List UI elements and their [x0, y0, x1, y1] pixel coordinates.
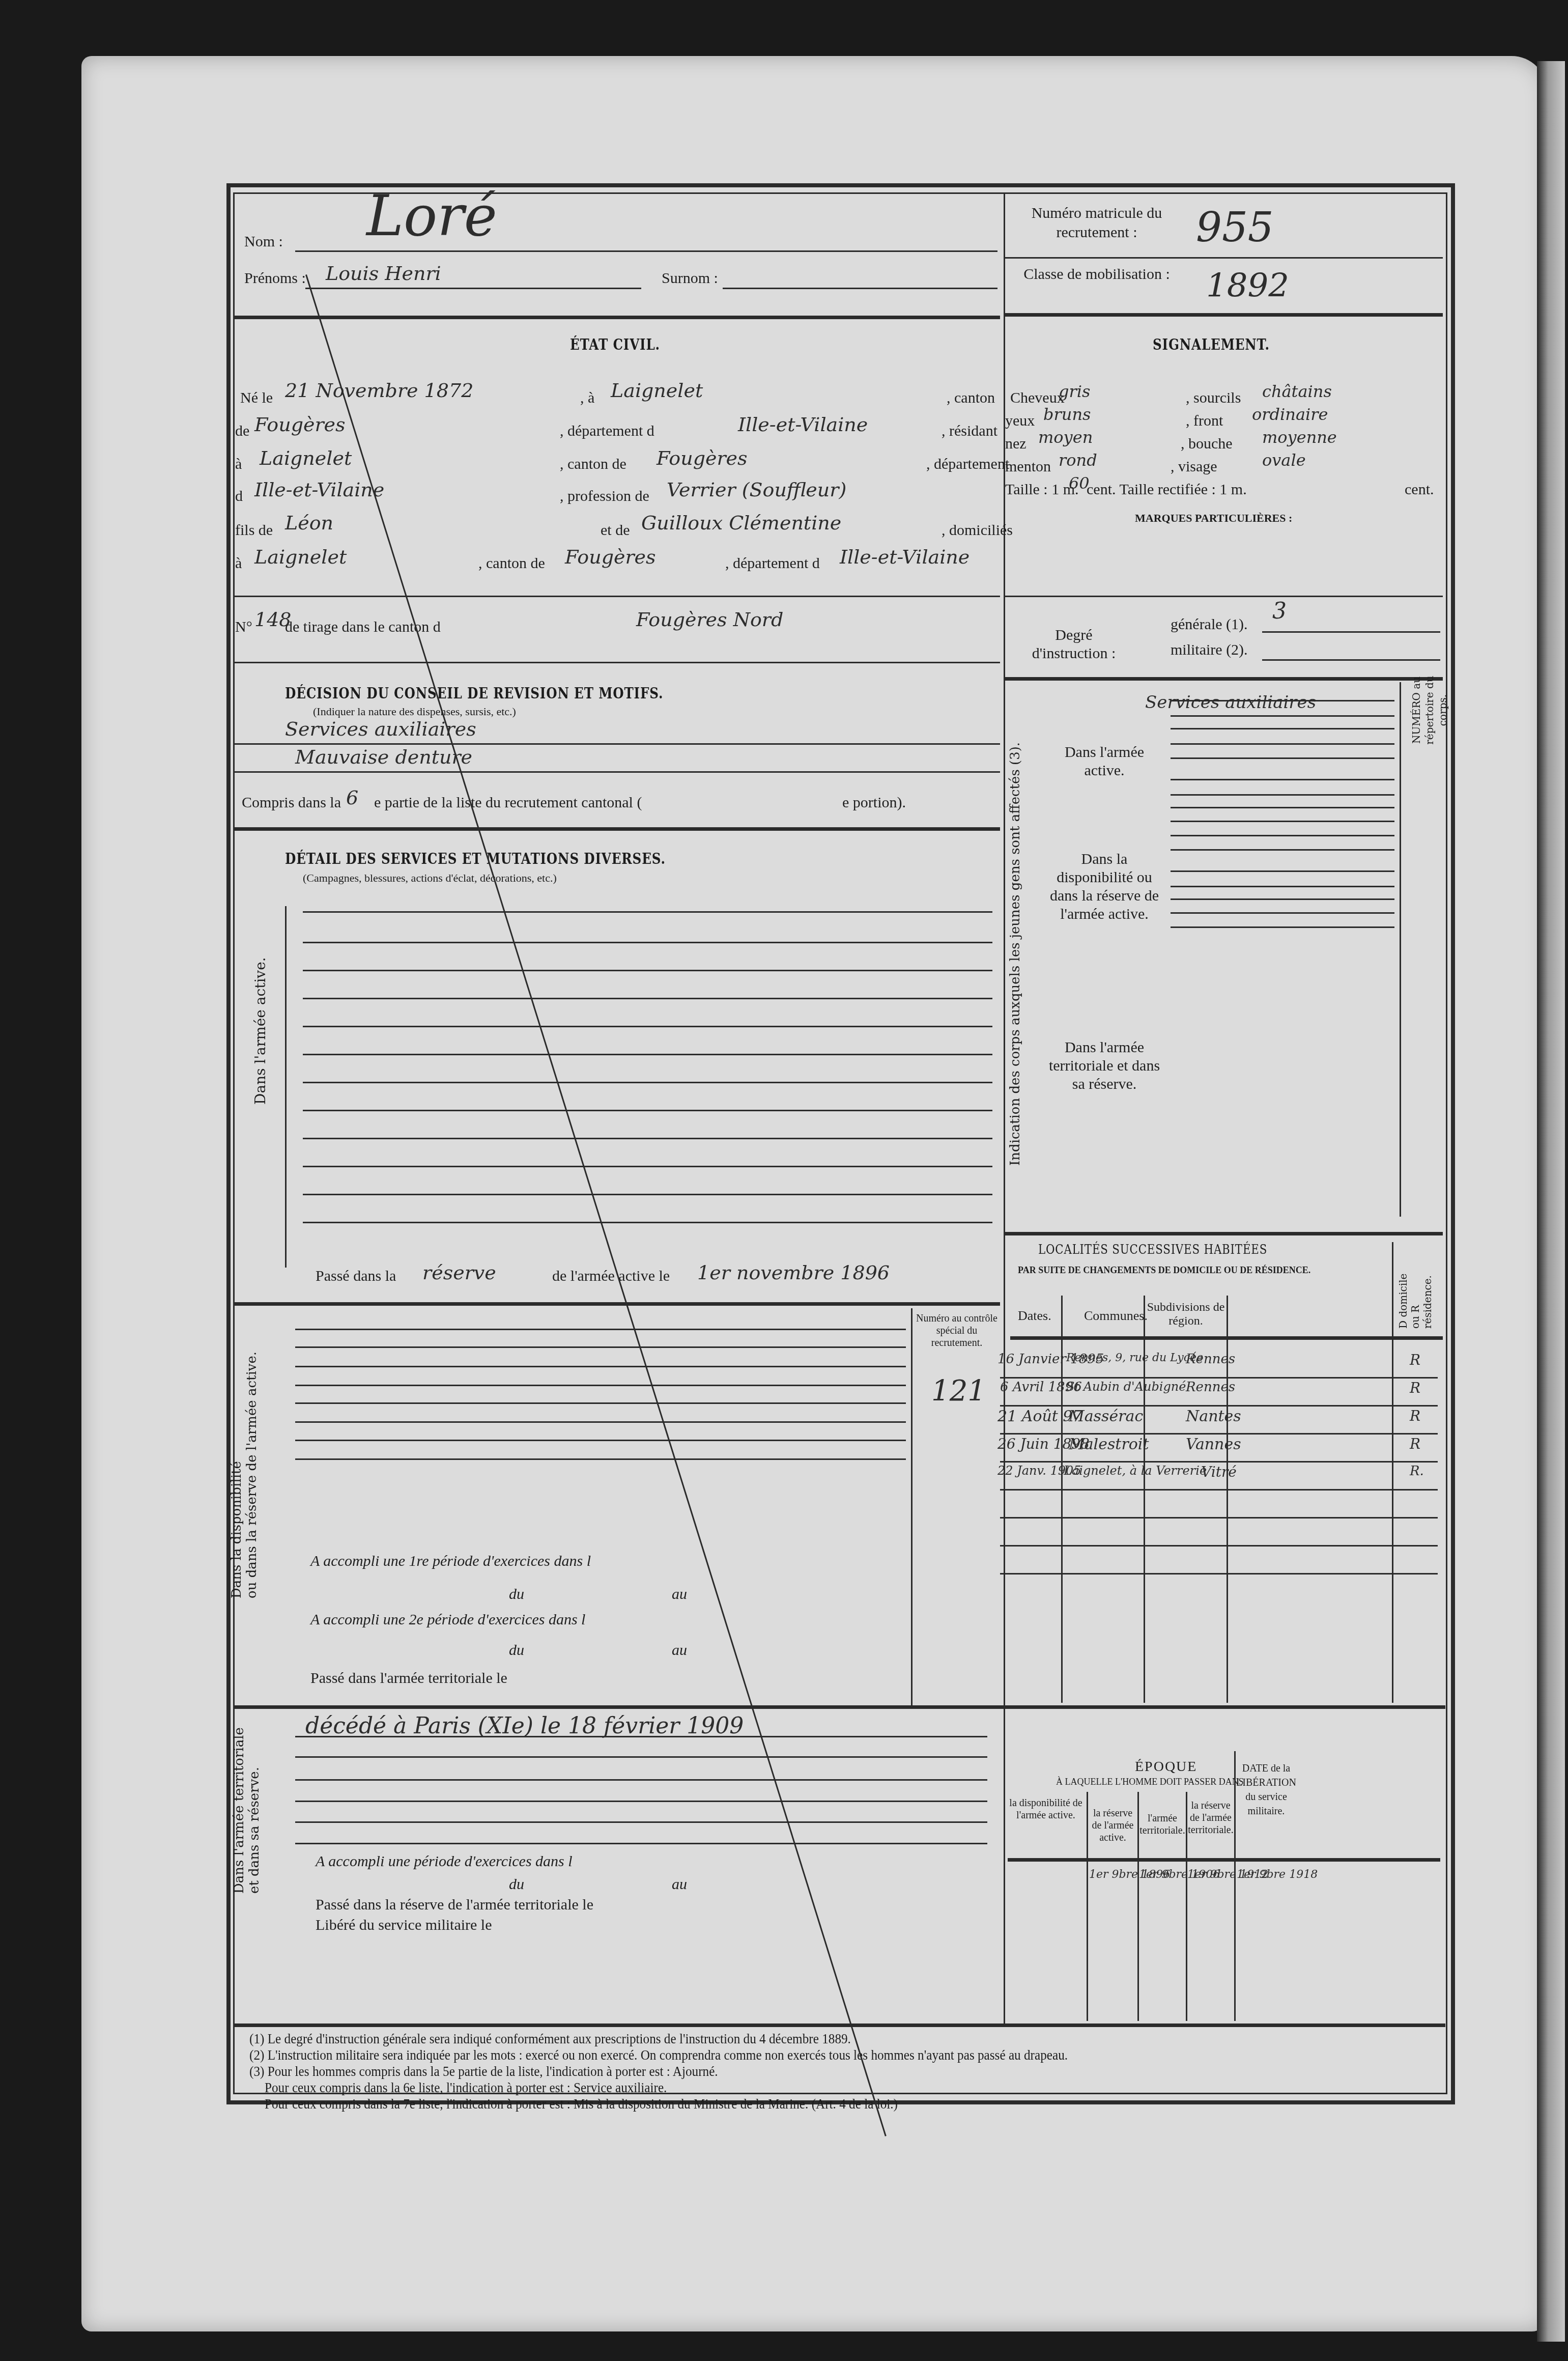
libere-label: Libéré du service militaire le	[316, 1917, 492, 1934]
au-label: au	[672, 1642, 687, 1659]
birth-departement: Ille-et-Vilaine	[738, 413, 868, 436]
corps-line	[1171, 779, 1394, 780]
service-line	[303, 1166, 992, 1167]
adjacent-page-edge	[1537, 61, 1565, 2342]
bouche-value: moyenne	[1262, 428, 1337, 447]
service-line	[303, 911, 992, 913]
compris-label: Compris dans la	[242, 794, 341, 811]
loc-row4-dr: R	[1410, 1436, 1420, 1452]
taille-label: Taille : 1 m.	[1005, 481, 1079, 498]
service-line	[303, 1054, 992, 1055]
etat-civil-title: ÉTAT CIVIL.	[570, 336, 660, 354]
dispo-line	[295, 1329, 906, 1330]
divider	[1005, 1232, 1443, 1235]
side-label-dispo: Dans la disponibilitéou dans la réserve …	[229, 1352, 260, 1598]
side-dispo-line1: Dans la disponibilité	[229, 1461, 244, 1598]
passe-value: réserve	[422, 1261, 496, 1284]
corps-line	[1171, 835, 1394, 836]
loc-row-line	[1000, 1573, 1438, 1575]
loc-row5-subdivision: Vitré	[1201, 1464, 1237, 1480]
divider	[234, 1705, 1445, 1709]
birth-date: 21 Novembre 1872	[285, 379, 473, 402]
loc-row2-commune: St Aubin d'Aubigné	[1066, 1380, 1186, 1394]
militaire-label: militaire (2).	[1171, 641, 1248, 659]
service-line	[303, 1110, 992, 1111]
divider	[234, 1302, 1000, 1306]
divider	[1010, 1336, 1443, 1340]
militaire-line	[1262, 659, 1440, 661]
yeux-label: yeux	[1005, 412, 1035, 430]
terr-line	[295, 1821, 987, 1823]
taille-rect-cent: cent.	[1405, 481, 1434, 498]
corps-line	[1171, 849, 1394, 851]
corps-line	[1171, 821, 1394, 822]
nez-label: nez	[1005, 435, 1027, 453]
terr-line	[295, 1756, 987, 1758]
generale-value: 3	[1272, 598, 1287, 624]
a-label: , à	[580, 389, 594, 407]
numero-controle-divider	[911, 1308, 913, 1705]
passe-terr-label: Passé dans l'armée territoriale le	[310, 1670, 507, 1687]
matricule-label: Numéro matricule du recrutement :	[1010, 204, 1183, 242]
terr-line	[295, 1843, 987, 1844]
divider	[234, 2023, 1445, 2027]
epoque-col-reserve-terr: la réserve de l'armée territoriale.	[1187, 1800, 1234, 1836]
loc-row4-commune: Malestroit	[1069, 1436, 1149, 1453]
loc-row2-dr: R	[1410, 1380, 1420, 1396]
loc-row2-subdivision: Rennes	[1186, 1380, 1235, 1395]
services-title: DÉTAIL DES SERVICES ET MUTATIONS DIVERSE…	[285, 850, 666, 868]
nom-line	[295, 250, 997, 252]
corps-line	[1171, 912, 1394, 914]
passe-label: Passé dans la	[316, 1268, 396, 1285]
au-label: au	[672, 1876, 687, 1893]
corps-line	[1171, 757, 1394, 759]
corps-line	[1171, 898, 1394, 900]
loc-row-line	[1000, 1489, 1438, 1491]
service-line	[303, 1138, 992, 1139]
service-line	[303, 970, 992, 971]
visage-label: , visage	[1171, 458, 1217, 475]
loc-row-line	[1000, 1377, 1438, 1379]
tirage-canton: Fougères Nord	[636, 608, 783, 631]
bouche-label: , bouche	[1181, 435, 1233, 453]
compris-rest: e partie de la liste du recrutement cant…	[374, 794, 642, 811]
loc-row1-subdivision: Rennes	[1186, 1352, 1235, 1367]
divider	[234, 316, 1000, 319]
canton-label: , canton	[947, 389, 995, 407]
loc-row5-commune: Laignelet, à la Verrerie	[1064, 1464, 1207, 1478]
residant-dept-label: , département	[926, 456, 1009, 473]
side-label-active: Dans l'armée active.	[252, 957, 269, 1105]
parents-domicile: Laignelet	[254, 546, 347, 568]
residant-canton-label: , canton de	[560, 456, 626, 473]
loc-row-line	[1000, 1517, 1438, 1519]
degre-label: Degré d'instruction :	[1018, 626, 1130, 663]
residant-label: , résidant	[942, 423, 997, 440]
services-subtitle: (Campagnes, blessures, actions d'éclat, …	[303, 872, 557, 885]
epoque-col-reserve-active: la réserve de l'armée active.	[1088, 1807, 1137, 1844]
corps-line	[1171, 715, 1394, 717]
localites-title: LOCALITÉS SUCCESSIVES HABITÉES	[1038, 1242, 1267, 1257]
dom-dept-label: , département d	[725, 555, 820, 572]
periode1-label: A accompli une 1re période d'exercices d…	[310, 1553, 591, 1570]
menton-label: menton	[1005, 458, 1051, 475]
loc-row1-commune: Rennes, 9, rue du Lycée	[1066, 1352, 1203, 1364]
service-line	[303, 1082, 992, 1083]
parents-departement: Ille-et-Vilaine	[840, 546, 970, 568]
corps-active-value: Services auxiliaires	[1145, 692, 1316, 713]
side-terr-line2: et dans sa réserve.	[247, 1767, 262, 1894]
surnom-line	[723, 288, 997, 289]
divider	[1005, 677, 1443, 681]
numero-controle-value: 121	[931, 1374, 986, 1408]
service-line	[303, 1194, 992, 1195]
periode2-label: A accompli une 2e période d'exercices da…	[310, 1611, 585, 1628]
marques-label: MARQUES PARTICULIÈRES :	[1135, 512, 1292, 525]
residant-a-label: à	[235, 456, 242, 473]
service-line	[303, 942, 992, 943]
dispo-line	[295, 1366, 906, 1367]
loc-row-line	[1000, 1433, 1438, 1435]
passe-date: 1er novembre 1896	[697, 1261, 890, 1284]
residence-departement: Ille-et-Vilaine	[254, 479, 384, 501]
tirage-no-label: N°	[235, 619, 252, 636]
decision-line	[234, 743, 1000, 745]
decision-subtitle: (Indiquer la nature des dispenses, sursi…	[313, 705, 516, 718]
dispo-line	[295, 1385, 906, 1386]
corps-line	[1171, 743, 1394, 745]
front-label: , front	[1186, 412, 1223, 430]
du-label: du	[509, 1876, 524, 1893]
divider	[234, 596, 1000, 597]
corps-line	[1171, 728, 1394, 729]
dom-canton-label: , canton de	[478, 555, 545, 572]
cheveux-label: Cheveux	[1010, 389, 1065, 407]
col-divider	[1392, 1242, 1393, 1703]
birth-place: Laignelet	[611, 379, 703, 402]
prenoms-line	[305, 288, 641, 289]
corps-line	[1171, 870, 1394, 872]
du-label: du	[509, 1586, 524, 1603]
dispo-line	[295, 1458, 906, 1460]
au-label: au	[672, 1586, 687, 1603]
du-label: du	[509, 1642, 524, 1659]
col-communes: Communes.	[1084, 1308, 1148, 1324]
divider	[1005, 596, 1443, 597]
loc-row-line	[1000, 1405, 1438, 1407]
decision-title: DÉCISION DU CONSEIL DE REVISION ET MOTIF…	[285, 685, 663, 702]
terr-line	[295, 1736, 987, 1737]
service-line	[303, 998, 992, 999]
side-terr-line1: Dans l'armée territoriale	[232, 1727, 247, 1894]
corps-line	[1171, 807, 1394, 808]
loc-row1-dr: R	[1410, 1352, 1420, 1368]
numero-repertoire-label: NUMÉRO au répertoire du corps.	[1410, 672, 1449, 748]
localites-subtitle: PAR SUITE DE CHANGEMENTS DE DOMICILE OU …	[1018, 1265, 1310, 1276]
departement-label: , département d	[560, 423, 654, 440]
loc-row4-subdivision: Vannes	[1186, 1436, 1241, 1453]
decision-line	[234, 771, 1000, 773]
matricule-value: 955	[1196, 204, 1274, 251]
corps-active-label: Dans l'armée active.	[1043, 743, 1165, 780]
front-value: ordinaire	[1252, 405, 1328, 424]
dom-a-label: à	[235, 555, 242, 572]
d-label: d	[235, 488, 243, 505]
classe-label: Classe de mobilisation :	[1010, 265, 1183, 284]
footnote-3: (3) Pour les hommes compris dans la 5e p…	[249, 2064, 718, 2080]
col-dr: D domicile ou R résidence.	[1397, 1268, 1434, 1329]
periode-terr-label: A accompli une période d'exercices dans …	[316, 1853, 573, 1870]
dispo-line	[295, 1440, 906, 1441]
corps-line	[1171, 926, 1394, 928]
parents-canton: Fougères	[565, 546, 656, 568]
corps-line	[1171, 886, 1394, 887]
prenoms-label: Prénoms :	[244, 270, 306, 287]
epoque-title: ÉPOQUE	[1135, 1759, 1197, 1775]
service-line	[303, 1222, 992, 1223]
dispo-line	[295, 1402, 906, 1404]
service-line	[303, 1026, 992, 1027]
loc-row3-commune: Massérac	[1069, 1408, 1143, 1425]
mother-name: Guilloux Clémentine	[641, 512, 841, 534]
side-label-terr: Dans l'armée territorialeet dans sa rése…	[232, 1727, 262, 1894]
nom-value: Loré	[366, 183, 497, 248]
divider	[234, 827, 1000, 831]
passe-rest: de l'armée active le	[552, 1268, 670, 1285]
footnote-3c: Pour ceux compris dans la 7e liste, l'in…	[265, 2096, 898, 2113]
corps-line	[1171, 794, 1394, 796]
loc-row3-subdivision: Nantes	[1186, 1408, 1241, 1425]
et-label: et de	[601, 522, 630, 539]
bracket	[285, 906, 287, 1268]
corps-side-label: Indication des corps auxquels les jeunes…	[1008, 742, 1023, 1166]
visage-value: ovale	[1262, 451, 1306, 470]
col-subdivisions: Subdivisions de région.	[1145, 1301, 1227, 1328]
footnote-2: (2) L'instruction militaire sera indiqué…	[249, 2047, 1068, 2064]
generale-label: générale (1).	[1171, 616, 1248, 633]
col-dates: Dates.	[1018, 1308, 1051, 1324]
fils-label: fils de	[235, 522, 273, 539]
loc-row3-dr: R	[1410, 1408, 1420, 1424]
nom-label: Nom :	[244, 233, 283, 250]
ne-le-label: Né le	[240, 389, 273, 407]
terr-line	[295, 1801, 987, 1802]
yeux-value: bruns	[1043, 405, 1091, 424]
divider	[1008, 1858, 1440, 1862]
menton-value: rond	[1059, 451, 1097, 470]
cheveux-value: gris	[1059, 382, 1090, 401]
decision-line-2: Mauvaise denture	[295, 746, 472, 768]
corps-line	[1171, 700, 1394, 701]
liberation-label: DATE de la LIBÉRATION du service militai…	[1236, 1761, 1297, 1818]
nez-value: moyen	[1038, 428, 1093, 447]
compris-value: 6	[346, 786, 358, 809]
domicilies-label: , domiciliés	[942, 522, 1013, 539]
loc-row-line	[1000, 1545, 1438, 1547]
dispo-line	[295, 1421, 906, 1423]
passe-res-terr-label: Passé dans la réserve de l'armée territo…	[316, 1896, 593, 1914]
divider	[1005, 257, 1443, 259]
profession-label: , profession de	[560, 488, 649, 505]
terr-line	[295, 1779, 987, 1781]
father-name: Léon	[285, 512, 333, 534]
side-dispo-line2: ou dans la réserve de l'armée active.	[244, 1352, 260, 1598]
epoque-subtitle: À LAQUELLE L'HOMME DOIT PASSER DANS	[1056, 1777, 1244, 1787]
residence: Laignelet	[260, 447, 352, 469]
deces-note: décédé à Paris (XIe) le 18 février 1909	[305, 1713, 744, 1739]
divider	[1005, 313, 1443, 317]
birth-canton: Fougères	[254, 413, 346, 436]
divider	[234, 662, 1000, 663]
prenoms-value: Louis Henri	[326, 262, 441, 285]
epoque-col-dispo: la disponibilité de l'armée active.	[1005, 1797, 1087, 1821]
taille-cent-label: cent. Taille rectifiée : 1 m.	[1087, 481, 1247, 498]
sourcils-value: châtains	[1262, 382, 1332, 401]
generale-line	[1262, 631, 1440, 633]
numero-rep-divider	[1400, 682, 1401, 1217]
surnom-label: Surnom :	[662, 270, 718, 287]
classe-value: 1892	[1206, 267, 1289, 305]
loc-row-line	[1000, 1461, 1438, 1463]
numero-controle-label: Numéro au contrôle spécial du recrutemen…	[911, 1312, 1003, 1349]
liberation-value: 1er 9bre 1918	[1237, 1868, 1318, 1881]
sourcils-label: , sourcils	[1186, 389, 1241, 407]
corps-terr-label: Dans l'armée territoriale et dans sa rés…	[1043, 1038, 1165, 1093]
footnote-3b: Pour ceux compris dans la 6e liste, l'in…	[265, 2080, 667, 2096]
corps-dispo-label: Dans la disponibilité ou dans la réserve…	[1043, 850, 1165, 923]
footnote-1: (1) Le degré d'instruction générale sera…	[249, 2031, 851, 2047]
signalement-title: SIGNALEMENT.	[1153, 336, 1270, 354]
epoque-col-territoriale: l'armée territoriale.	[1139, 1812, 1186, 1837]
loc-row5-dr: R.	[1410, 1464, 1424, 1479]
profession: Verrier (Souffleur)	[667, 479, 846, 501]
portion-label: e portion).	[842, 794, 906, 811]
dispo-line	[295, 1346, 906, 1348]
de-label: de	[235, 423, 249, 440]
residence-canton: Fougères	[657, 447, 748, 469]
